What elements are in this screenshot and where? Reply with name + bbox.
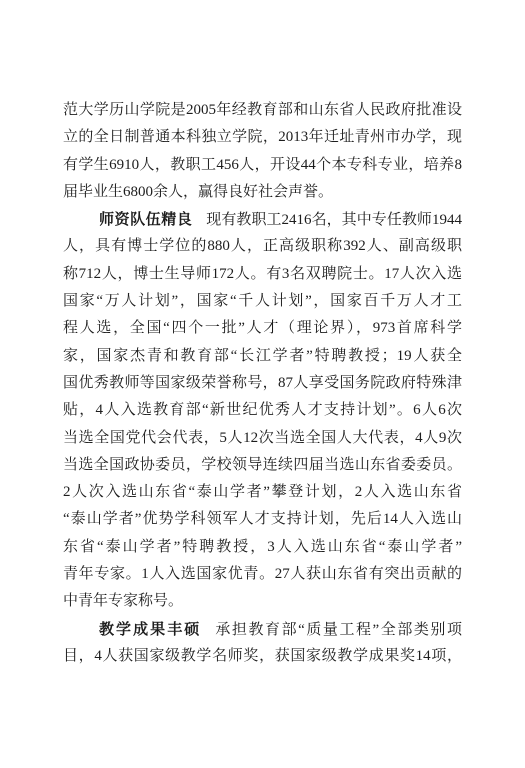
text-line: 有学生6910人，教职工456人，开设44个本专科专业，培养8 bbox=[63, 152, 462, 179]
line-text: 2人次入选山东省“泰山学者”攀登计划，2人入选山东省 bbox=[63, 484, 462, 500]
text-line: 师资队伍精良现有教职工2416名，其中专任教师1944 bbox=[63, 206, 462, 233]
text-line: 目，4人获国家级教学名师奖，获国家级教学成果奖14项， bbox=[63, 643, 462, 670]
line-text: 届毕业生6800余人，赢得良好社会声誉。 bbox=[63, 184, 333, 200]
text-line: 东省“泰山学者”特聘教授，3人入选山东省“泰山学者” bbox=[63, 534, 462, 561]
text-line: 家，国家杰青和教育部“长江学者”特聘教授；19人获全 bbox=[63, 343, 462, 370]
text-line: “泰山学者”优势学科领军人才支持计划，先后14人入选山 bbox=[63, 506, 462, 533]
text-line: 届毕业生6800余人，赢得良好社会声誉。 bbox=[63, 179, 462, 206]
line-text: 家，国家杰青和教育部“长江学者”特聘教授；19人获全 bbox=[63, 348, 462, 364]
line-text: 中青年专家称号。 bbox=[63, 593, 183, 609]
line-text: 有学生6910人，教职工456人，开设44个本专科专业，培养8 bbox=[63, 157, 462, 173]
section-heading: 师资队伍精良 bbox=[99, 211, 192, 228]
page-text-block: 范大学历山学院是2005年经教育部和山东省人民政府批准设立的全日制普通本科独立学… bbox=[63, 97, 462, 670]
section-heading: 教学成果丰硕 bbox=[99, 621, 201, 638]
line-text: 目，4人获国家级教学名师奖，获国家级教学成果奖14项， bbox=[63, 648, 462, 664]
text-line: 教学成果丰硕承担教育部“质量工程”全部类别项 bbox=[63, 616, 462, 643]
text-line: 程人选，全国“四个一批”人才（理论界），973首席科学 bbox=[63, 315, 462, 342]
line-text: 范大学历山学院是2005年经教育部和山东省人民政府批准设 bbox=[63, 102, 462, 118]
text-line: 立的全日制普通本科独立学院，2013年迁址青州市办学，现 bbox=[63, 124, 462, 151]
line-text: 东省“泰山学者”特聘教授，3人入选山东省“泰山学者” bbox=[63, 539, 462, 555]
line-text: 立的全日制普通本科独立学院，2013年迁址青州市办学，现 bbox=[63, 129, 462, 145]
line-text: 程人选，全国“四个一批”人才（理论界），973首席科学 bbox=[63, 320, 462, 336]
line-text: “泰山学者”优势学科领军人才支持计划，先后14人入选山 bbox=[63, 511, 462, 527]
text-line: 国优秀教师等国家级荣誉称号，87人享受国务院政府特殊津 bbox=[63, 370, 462, 397]
text-line: 人，具有博士学位的880人，正高级职称392人、副高级职 bbox=[63, 233, 462, 260]
line-text: 人，具有博士学位的880人，正高级职称392人、副高级职 bbox=[63, 238, 462, 254]
line-text: 贴，4人入选教育部“新世纪优秀人才支持计划”。6人6次 bbox=[63, 402, 462, 418]
text-line: 当选全国党代会代表，5人12次当选全国人大代表，4人9次 bbox=[63, 425, 462, 452]
text-line: 贴，4人入选教育部“新世纪优秀人才支持计划”。6人6次 bbox=[63, 397, 462, 424]
line-text: 国优秀教师等国家级荣誉称号，87人享受国务院政府特殊津 bbox=[63, 375, 462, 391]
text-line: 当选全国政协委员，学校领导连续四届当选山东省委委员。 bbox=[63, 452, 462, 479]
text-line: 中青年专家称号。 bbox=[63, 588, 462, 615]
line-text: 当选全国党代会代表，5人12次当选全国人大代表，4人9次 bbox=[63, 430, 462, 446]
text-line: 青年专家。1人入选国家优青。27人获山东省有突出贡献的 bbox=[63, 561, 462, 588]
text-line: 2人次入选山东省“泰山学者”攀登计划，2人入选山东省 bbox=[63, 479, 462, 506]
book-page: 范大学历山学院是2005年经教育部和山东省人民政府批准设立的全日制普通本科独立学… bbox=[0, 0, 525, 768]
line-text: 国家“万人计划”，国家“千人计划”，国家百千万人才工 bbox=[63, 293, 462, 309]
line-text: 现有教职工2416名，其中专任教师1944 bbox=[206, 212, 462, 228]
line-text: 承担教育部“质量工程”全部类别项 bbox=[215, 622, 462, 638]
text-line: 范大学历山学院是2005年经教育部和山东省人民政府批准设 bbox=[63, 97, 462, 124]
text-line: 国家“万人计划”，国家“千人计划”，国家百千万人才工 bbox=[63, 288, 462, 315]
line-text: 称712人，博士生导师172人。有3名双聘院士。17人次入选 bbox=[63, 266, 462, 282]
line-text: 青年专家。1人入选国家优青。27人获山东省有突出贡献的 bbox=[63, 566, 462, 582]
line-text: 当选全国政协委员，学校领导连续四届当选山东省委委员。 bbox=[63, 457, 462, 473]
text-line: 称712人，博士生导师172人。有3名双聘院士。17人次入选 bbox=[63, 261, 462, 288]
